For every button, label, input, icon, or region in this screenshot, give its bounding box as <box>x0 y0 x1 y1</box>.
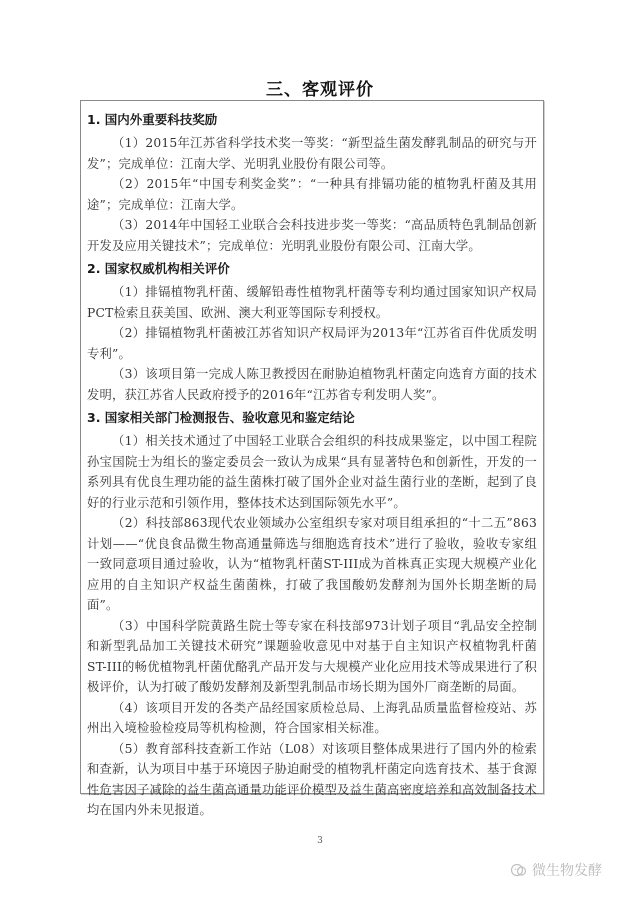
report-item: （1）相关技术通过了中国轻工业联合会组织的科技成果鉴定，以中国工程院孙宝国院士为… <box>87 431 537 513</box>
section-heading-authority-evaluation: 2. 国家权威机构相关评价 <box>87 258 537 280</box>
award-item: （2）2015年“中国专利奖金奖”：“一种具有排镉功能的植物乳杆菌及其用途”；完… <box>87 174 537 215</box>
evaluation-box: 1. 国内外重要科技奖励 （1）2015年江苏省科学技术奖一等奖：“新型益生菌发… <box>80 100 544 794</box>
section-heading-inspection-reports: 3. 国家相关部门检测报告、验收意见和鉴定结论 <box>87 407 537 429</box>
page-number: 3 <box>0 836 640 846</box>
watermark-text: 微生物发酵 <box>532 860 602 880</box>
award-item: （1）2015年江苏省科学技术奖一等奖：“新型益生菌发酵乳制品的研究与开发”；完… <box>87 133 537 174</box>
wechat-official-account-icon <box>510 863 528 877</box>
evaluation-item: （1）排镉植物乳杆菌、缓解铅毒性植物乳杆菌等专利均通过国家知识产权局PCT检索且… <box>87 282 537 323</box>
report-item: （3）中国科学院黄路生院士等专家在科技部973计划子项目“乳品安全控制和新型乳品… <box>87 616 537 698</box>
page-title: 三、客观评价 <box>0 75 640 100</box>
report-item: （5）教育部科技查新工作站（L08）对该项目整体成果进行了国内外的检索和查新，认… <box>87 739 537 821</box>
evaluation-item: （3）该项目第一完成人陈卫教授因在耐胁迫植物乳杆菌定向选育方面的技术发明，获江苏… <box>87 364 537 405</box>
report-item: （4）该项目开发的各类产品经国家质检总局、上海乳品质量监督检疫站、苏州出入境检验… <box>87 698 537 739</box>
report-item: （2）科技部863现代农业领域办公室组织专家对项目组承担的“十二五”863计划—… <box>87 513 537 616</box>
watermark: 微生物发酵 <box>510 860 602 880</box>
section-heading-awards: 1. 国内外重要科技奖励 <box>87 109 537 131</box>
award-item: （3）2014年中国轻工业联合会科技进步奖一等奖：“高品质特色乳制品创新开发及应… <box>87 215 537 256</box>
evaluation-item: （2）排镉植物乳杆菌被江苏省知识产权局评为2013年“江苏省百件优质发明专利”。 <box>87 323 537 364</box>
